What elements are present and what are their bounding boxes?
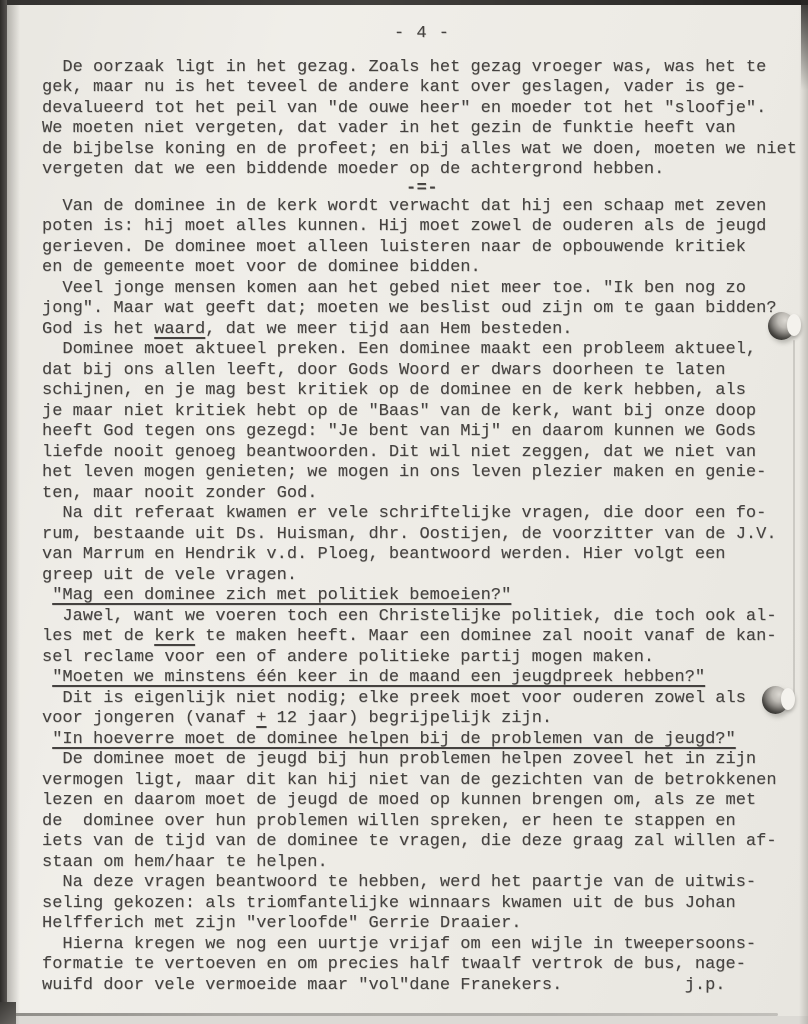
paragraph-line: Jawel, want we voeren toch een Christeli… [42,607,802,628]
scan-edge-right [799,0,808,1024]
scan-edge-top [0,0,808,5]
paragraph-line: wuifd door vele vermoeide maar "vol"dane… [42,976,802,997]
separator: -=- [42,181,802,197]
paragraph-line: en de gemeente moet voor de dominee bidd… [42,258,802,279]
paragraph-line: Van de dominee in de kerk wordt verwacht… [42,197,802,218]
document-text: - 4 - De oorzaak ligt in het gezag. Zoal… [42,24,802,996]
paragraph-line: Dominee moet aktueel preken. Een dominee… [42,340,802,361]
paragraph-line: We moeten niet vergeten, dat vader in he… [42,119,802,140]
paragraph-line: Na dit referaat kwamen er vele schriftel… [42,504,802,525]
paragraph-line: vermogen ligt, maar dit kan hij niet van… [42,771,802,792]
scan-edge-bottom [8,1016,808,1024]
paragraph-line: Veel jonge mensen komen aan het gebed ni… [42,279,802,300]
paragraph-line: voor jongeren (vanaf + 12 jaar) begrijpe… [42,709,802,730]
paragraph-line: Dit is eigenlijk niet nodig; elke preek … [42,689,802,710]
scan-edge-left-shadow [7,0,20,1024]
paragraph-line: het leven mogen genieten; we mogen in on… [42,463,802,484]
scan-edge-left [0,0,7,1024]
question-heading: "In hoeverre moet de dominee helpen bij … [42,730,802,751]
paragraph-line: iets van de tijd van de dominee te vrage… [42,832,802,853]
paragraph-line: De dominee moet de jeugd bij hun problem… [42,750,802,771]
paragraph-line: rum, bestaande uit Ds. Huisman, dhr. Oos… [42,525,802,546]
scan-corner-bottom-left [0,1002,16,1024]
page-bottom-edge-line [12,1013,778,1016]
paragraph-line: poten is: hij moet alles kunnen. Hij moe… [42,217,802,238]
paragraph-line: heeft God tegen ons gezegd: "Je bent van… [42,422,802,443]
paragraph-line: les met de kerk te maken heeft. Maar een… [42,627,802,648]
paragraph-line: je maar niet kritiek hebt op de "Baas" v… [42,402,802,423]
paragraph-line: greep uit de vele vragen. [42,566,802,587]
paragraph-line: gek, maar nu is het teveel de andere kan… [42,78,802,99]
paragraph-line: Helfferich met zijn "verloofde" Gerrie D… [42,914,802,935]
question-heading: "Moeten we minstens één keer in de maand… [42,668,802,689]
page-number: - 4 - [42,24,802,45]
paragraph-line: dat bij ons allen leeft, door Gods Woord… [42,361,802,382]
paragraph-line: liefde nooit genoeg beantwoorden. Dit wi… [42,443,802,464]
paragraph-line: God is het waard, dat we meer tijd aan H… [42,320,802,341]
scan-edge-right-top [801,0,808,90]
paragraph-line: van Marrum en Hendrik v.d. Ploeg, beantw… [42,545,802,566]
paragraph-line: De oorzaak ligt in het gezag. Zoals het … [42,58,802,79]
paragraph-line: jong". Maar wat geeft dat; moeten we bes… [42,299,802,320]
binding-fastener-icon [768,312,795,340]
paragraph-line: vergeten dat we een biddende moeder op d… [42,160,802,181]
paragraph-line: de bijbelse koning en de profeet; en bij… [42,140,802,161]
paragraph-line: ten, maar nooit zonder God. [42,484,802,505]
paragraph-line: sel reclame voor een of andere politieke… [42,648,802,669]
paragraph-line: schijnen, en je mag best kritiek op de d… [42,381,802,402]
paragraph-line: devalueerd tot het peil van "de ouwe hee… [42,99,802,120]
paragraph-line: Hierna kregen we nog een uurtje vrijaf o… [42,935,802,956]
paragraph-line: formatie te vertoeven en om precies half… [42,955,802,976]
paragraph-line: staan om hem/haar te helpen. [42,853,802,874]
question-heading: "Mag een dominee zich met politiek bemoe… [42,586,802,607]
paragraph-line: lezen en daarom moet de jeugd de moed op… [42,791,802,812]
paragraph-line: seling gekozen: als triomfantelijke winn… [42,894,802,915]
binding-fastener-icon [762,686,789,714]
paragraph-line: de dominee over hun problemen willen spr… [42,812,802,833]
paragraph-line: gerieven. De dominee moet alleen luister… [42,238,802,259]
paragraph-line: Na deze vragen beantwoord te hebben, wer… [42,873,802,894]
